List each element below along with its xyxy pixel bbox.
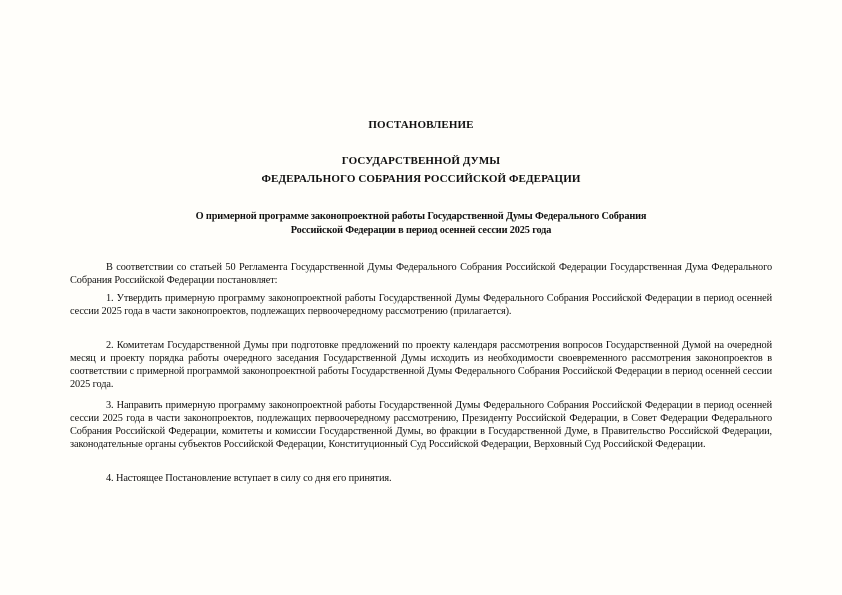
document-subject: О примерной программе законопроектной ра…: [70, 210, 772, 238]
clause-3: 3. Направить примерную программу законоп…: [70, 399, 772, 451]
subject-line-2: Российской Федерации в период осенней се…: [70, 224, 772, 238]
subject-line-1: О примерной программе законопроектной ра…: [70, 210, 772, 224]
clause-2: 2. Комитетам Государственной Думы при по…: [70, 339, 772, 391]
document-type-heading: ПОСТАНОВЛЕНИЕ: [0, 119, 842, 131]
clause-4: 4. Настоящее Постановление вступает в си…: [70, 472, 772, 485]
document-page: ПОСТАНОВЛЕНИЕ ГОСУДАРСТВЕННОЙ ДУМЫ ФЕДЕР…: [0, 0, 842, 595]
clause-1: 1. Утвердить примерную программу законоп…: [70, 292, 772, 318]
issuer-heading-line-1: ГОСУДАРСТВЕННОЙ ДУМЫ: [0, 155, 842, 167]
preamble-paragraph: В соответствии со статьей 50 Регламента …: [70, 261, 772, 287]
issuer-heading-line-2: ФЕДЕРАЛЬНОГО СОБРАНИЯ РОССИЙСКОЙ ФЕДЕРАЦ…: [0, 173, 842, 185]
